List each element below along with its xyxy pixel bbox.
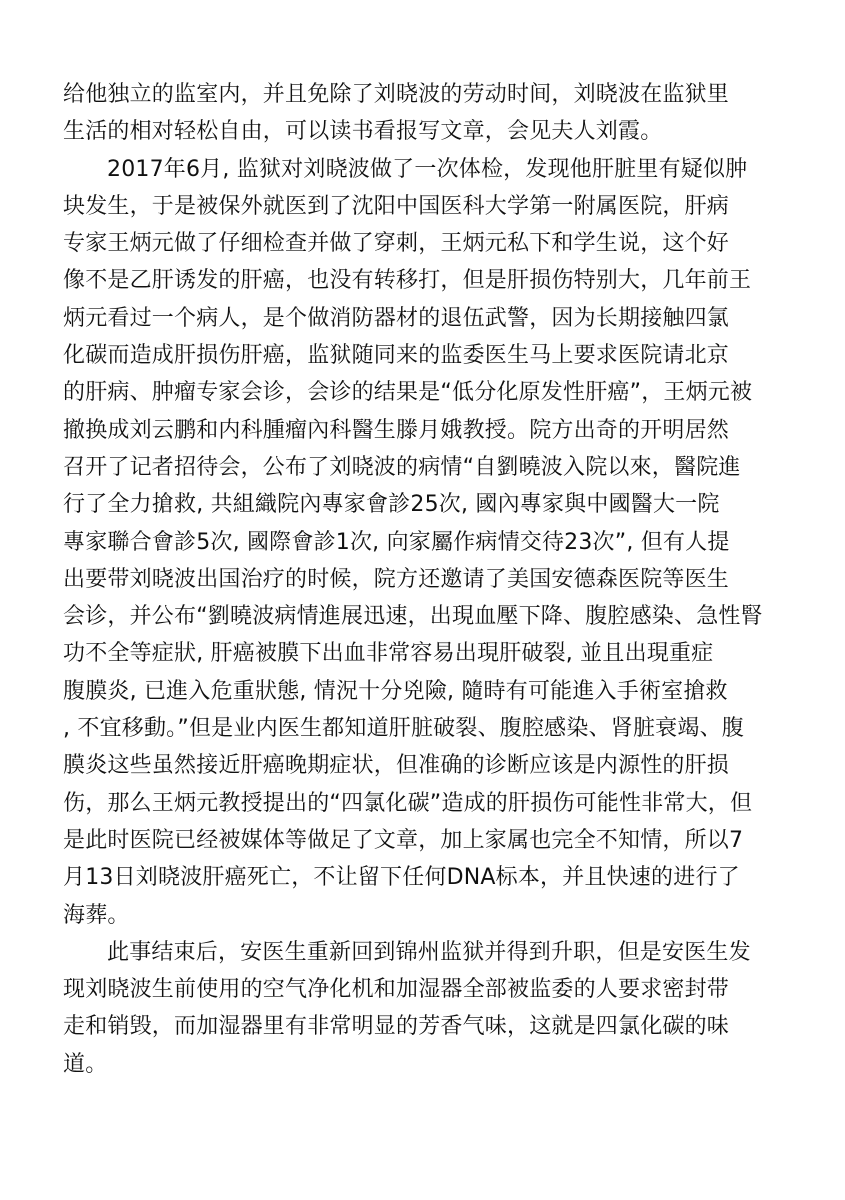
text-line: 出要带刘晓波出国治疗的时候，院方还邀请了美国安德森医院等医生	[63, 561, 793, 598]
document-page: 给他独立的监室内，并且免除了刘晓波的劳动时间，刘晓波在监狱里 生活的相对轻松自由…	[63, 76, 793, 1083]
text-line: 撤换成刘云鹏和内科腫瘤內科醫生滕月娥教授。院方出奇的开明居然	[63, 412, 793, 449]
text-line: 海葬。	[63, 897, 793, 934]
text-line: 的肝病、肿瘤专家会诊，会诊的结果是“低分化原发性肝癌”，王炳元被	[63, 374, 793, 411]
text-line: 專家聯合會診5次, 國際會診1次, 向家屬作病情交待23次”, 但有人提	[63, 524, 793, 561]
text-line: 伤，那么王炳元教授提出的“四氯化碳”造成的肝损伤可能性非常大，但	[63, 785, 793, 822]
text-line: 功不全等症狀, 肝癌被膜下出血非常容易出現肝破裂, 並且出現重症	[63, 635, 793, 672]
paragraph-2: 2017年6月, 监狱对刘晓波做了一次体检，发现他肝脏里有疑似肿 块发生，于是被…	[63, 151, 793, 934]
text-line: 腹膜炎, 已進入危重狀態, 情況十分兇險, 隨時有可能進入手術室搶救	[63, 673, 793, 710]
text-line: 化碳而造成肝损伤肝癌，监狱随同来的监委医生马上要求医院请北京	[63, 337, 793, 374]
text-line: 给他独立的监室内，并且免除了刘晓波的劳动时间，刘晓波在监狱里	[63, 76, 793, 113]
paragraph-1: 给他独立的监室内，并且免除了刘晓波的劳动时间，刘晓波在监狱里 生活的相对轻松自由…	[63, 76, 793, 151]
text-line: 月13日刘晓波肝癌死亡，不让留下任何DNA标本，并且快速的进行了	[63, 859, 793, 896]
text-line: 膜炎这些虽然接近肝癌晚期症状，但准确的诊断应该是内源性的肝损	[63, 747, 793, 784]
text-line: 召开了记者招待会，公布了刘晓波的病情“自劉曉波入院以來，醫院進	[63, 449, 793, 486]
text-line: 2017年6月, 监狱对刘晓波做了一次体检，发现他肝脏里有疑似肿	[63, 151, 793, 188]
paragraph-3: 此事结束后，安医生重新回到锦州监狱并得到升职，但是安医生发 现刘晓波生前使用的空…	[63, 934, 793, 1083]
text-line: 像不是乙肝诱发的肝癌，也没有转移打，但是肝损伤特别大，几年前王	[63, 262, 793, 299]
text-line: 道。	[63, 1046, 793, 1083]
text-line: 专家王炳元做了仔细检查并做了穿刺，王炳元私下和学生说，这个好	[63, 225, 793, 262]
text-line: 此事结束后，安医生重新回到锦州监狱并得到升职，但是安医生发	[63, 934, 793, 971]
text-line: 炳元看过一个病人，是个做消防器材的退伍武警，因为长期接触四氯	[63, 300, 793, 337]
text-line: 是此时医院已经被媒体等做足了文章，加上家属也完全不知情，所以7	[63, 822, 793, 859]
text-line: 走和销毁，而加湿器里有非常明显的芳香气味，这就是四氯化碳的味	[63, 1008, 793, 1045]
text-line: 行了全力搶救, 共組織院內專家會診25次, 國內專家與中國醫大一院	[63, 486, 793, 523]
text-line: 会诊，并公布“劉曉波病情進展迅速，出現血壓下降、腹腔感染、急性腎	[63, 598, 793, 635]
text-line: 块发生，于是被保外就医到了沈阳中国医科大学第一附属医院，肝病	[63, 188, 793, 225]
text-line: 现刘晓波生前使用的空气净化机和加湿器全部被监委的人要求密封带	[63, 971, 793, 1008]
text-line: 生活的相对轻松自由，可以读书看报写文章，会见夫人刘霞。	[63, 113, 793, 150]
text-line: , 不宜移動。”但是业内医生都知道肝脏破裂、腹腔感染、肾脏衰竭、腹	[63, 710, 793, 747]
